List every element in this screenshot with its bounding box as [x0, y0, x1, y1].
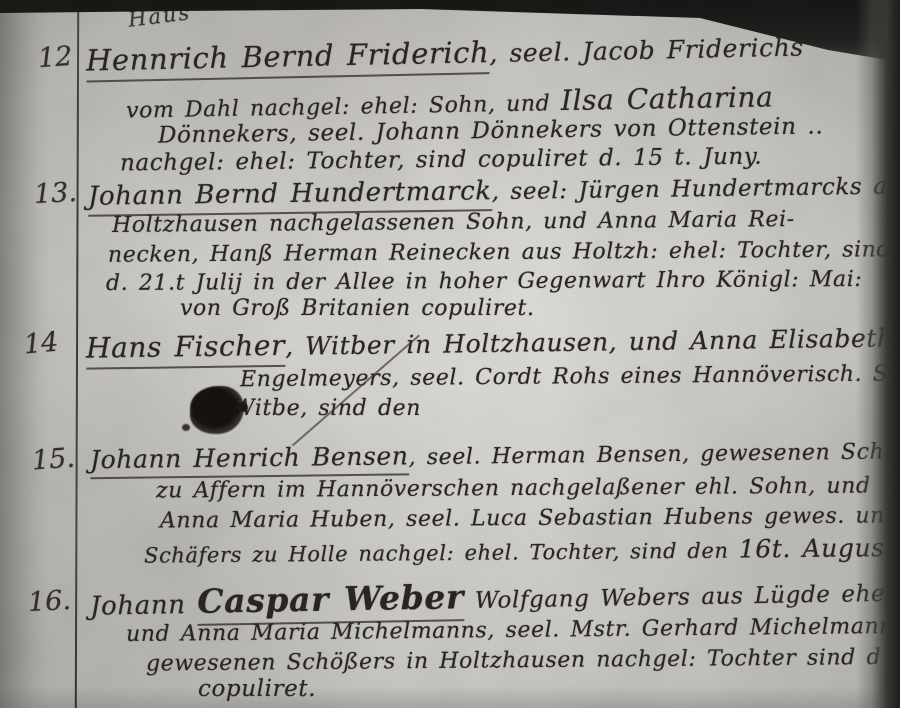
entry-text: Holtzhausen nachgelassenen Sohn, und Ann…	[112, 207, 795, 238]
entry-text: von Groß Britanien copuliret.	[180, 296, 535, 321]
scan-edge-right	[856, 0, 900, 708]
entry-15-line-3: Anna Maria Huben, seel. Luca Sebastian H…	[160, 503, 885, 533]
entry-15-line-2: zu Affern im Hannöverschen nachgelaßener…	[156, 474, 871, 504]
entry-text: gewesenen Schößers in Holtzhausen nachge…	[146, 645, 900, 677]
entry-text: , seel. Herman Bensen, gewesenen Schäfer…	[408, 439, 900, 471]
entry-16-line-3: gewesenen Schößers in Holtzhausen nachge…	[146, 645, 900, 677]
margin-rule-line	[75, 10, 79, 708]
entry-text: zu Affern im Hannöverschen nachgelaßener…	[156, 474, 871, 504]
entry-number-14: 14	[23, 327, 60, 361]
groom-name: Hans Fischer	[86, 329, 286, 370]
entry-15-line-1: Johann Henrich Bensen, seel. Herman Bens…	[90, 435, 900, 474]
entry-text: Schäfers zu Holle nachgel: ehel. Tochter…	[144, 538, 739, 567]
ink-blot-dot	[236, 402, 248, 412]
entry-13-line-5: von Groß Britanien copuliret.	[180, 296, 535, 321]
entry-15-line-4: Schäfers zu Holle nachgel: ehel. Tochter…	[144, 532, 900, 568]
scan-edge-bottom	[0, 686, 900, 708]
entry-13-line-2: Holtzhausen nachgelassenen Sohn, und Ann…	[112, 207, 795, 238]
groom-first-name: Johann	[90, 590, 198, 622]
entry-text: , seel. Jacob Friderichs	[489, 32, 804, 68]
entry-number-12: 12	[37, 41, 73, 74]
ink-blot-dot	[182, 424, 190, 431]
entry-text: Engelmeyers, seel. Cordt Rohs eines Hann…	[240, 361, 900, 392]
groom-name: Hennrich Bernd Friderich	[86, 35, 490, 82]
entry-13-line-1: Johann Bernd Hundertmarck, seel: Jürgen …	[88, 170, 900, 212]
entry-number-13: 13.	[33, 177, 78, 210]
entry-13-line-3: necken, Hanß Herman Reinecken aus Holtzh…	[108, 237, 891, 267]
register-scan-page: Haus 12 13. 14 15. 16. Hennrich Bernd Fr…	[0, 0, 900, 708]
entry-12-line-1: Hennrich Bernd Friderich, seel. Jacob Fr…	[86, 28, 804, 77]
entry-number-16: 16.	[27, 585, 72, 618]
entry-text: Anna Maria Huben, seel. Luca Sebastian H…	[160, 503, 885, 533]
entry-12-line-4: nachgel: ehel: Tochter, sind copuliret d…	[120, 144, 763, 177]
entry-text: copuliret.	[198, 676, 316, 702]
bride-name: Ilsa Catharina	[561, 80, 774, 117]
ink-blot	[190, 386, 244, 434]
entry-text: , Witber in Holtzhausen, und Anna Elisab…	[285, 323, 894, 360]
entry-text: Wolfgang Webers aus Lügde ehel. Sohn	[464, 579, 900, 614]
entry-text: necken, Hanß Herman Reinecken aus Holtzh…	[108, 237, 891, 267]
entry-13-line-4: d. 21.t Julij in der Allee in hoher Gege…	[106, 267, 862, 296]
entry-text: nachgel: ehel: Tochter, sind copuliret d…	[120, 144, 763, 177]
entry-number-15: 15.	[31, 443, 76, 477]
entry-14-line-2: Engelmeyers, seel. Cordt Rohs eines Hann…	[240, 361, 900, 392]
groom-name: Johann Henrich Bensen	[90, 441, 409, 479]
entry-14-line-1: Hans Fischer, Witber in Holtzhausen, und…	[86, 320, 894, 364]
entry-text: , seel: Jürgen Hundertmarcks aus	[491, 173, 900, 205]
entry-16-line-4: copuliret.	[198, 676, 316, 702]
entry-text: d. 21.t Julij in der Allee in hoher Gege…	[106, 267, 862, 296]
